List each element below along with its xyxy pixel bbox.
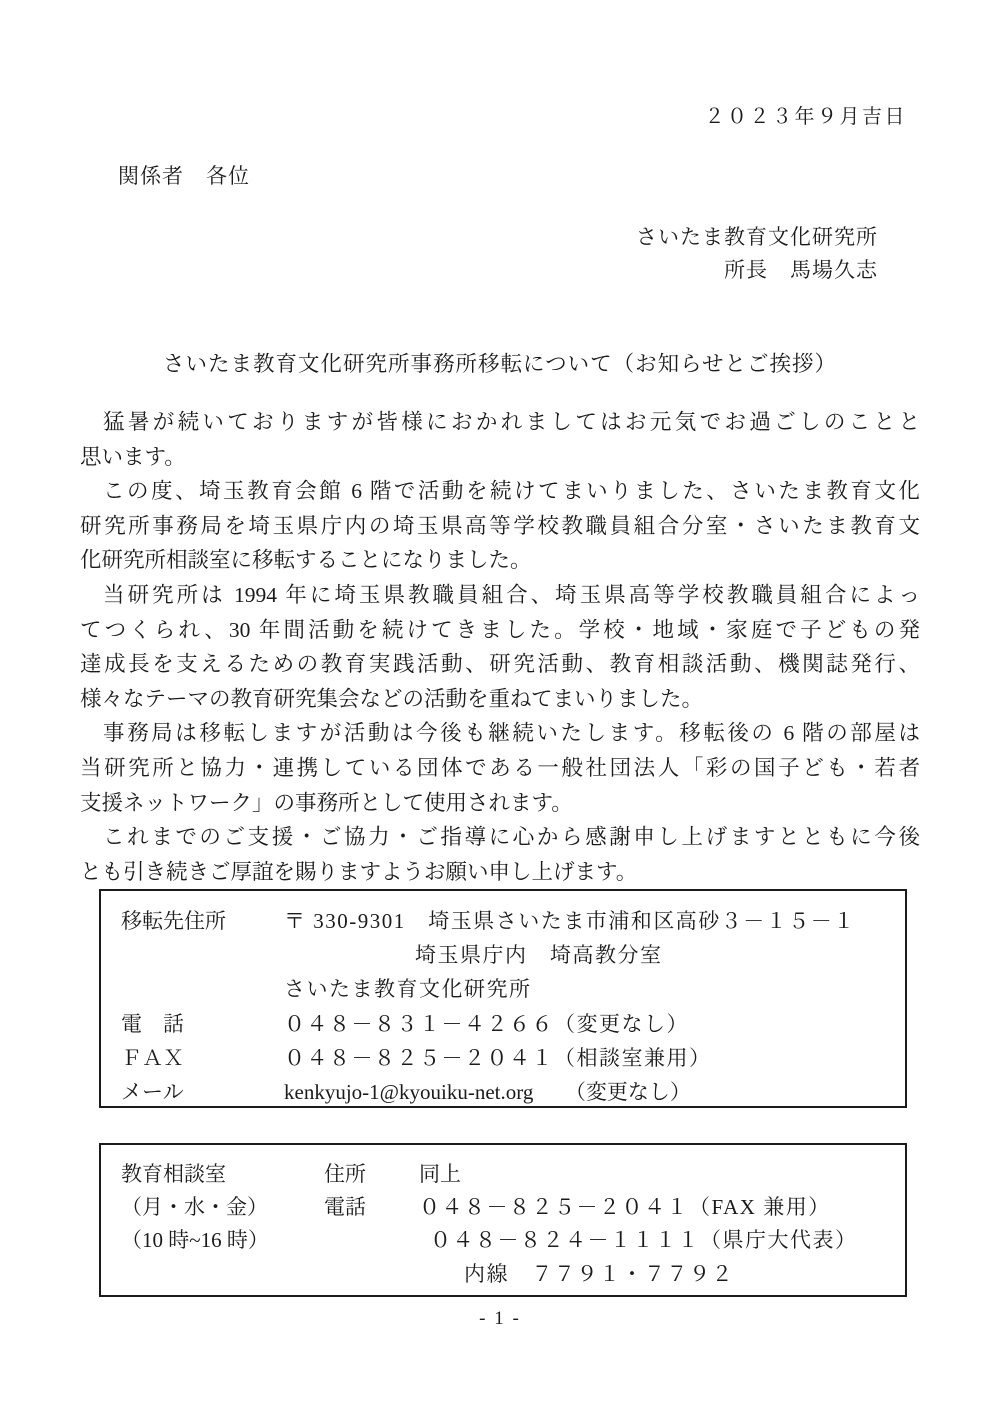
- body-line: とも引き続きご厚誼を賜りますようお願い申し上げます。: [80, 855, 920, 890]
- info-value: 埼玉県庁内 埼高教分室: [284, 938, 663, 972]
- body-line: 達成長を支えるための教育実践活動、研究活動、教育相談活動、機関誌発行、: [80, 647, 920, 682]
- info-row: ＦＡＸ ０４８－８２５－２０４１（相談室兼用）: [121, 1041, 887, 1075]
- body-line: てつくられ、30 年間活動を続けてきました。学校・地域・家庭で子どもの発: [80, 613, 920, 648]
- body-line: 当研究所は 1994 年に埼玉県教職員組合、埼玉県高等学校教職員組合によっ: [80, 578, 920, 613]
- document-page: ２０２３年９月吉日 関係者 各位 さいたま教育文化研究所 所長 馬場久志 さいた…: [0, 0, 1000, 1414]
- consultation-info-box: 教育相談室 住所 同上 （月・水・金） 電話 ０４８－８２５－２０４１（FAX …: [99, 1143, 907, 1297]
- body-line: 当研究所と協力・連携している団体である一般社団法人「彩の国子ども・若者: [80, 751, 920, 786]
- document-title: さいたま教育文化研究所事務所移転について（お知らせとご挨拶）: [0, 347, 1000, 378]
- info-label: [121, 938, 284, 972]
- info-label: [121, 972, 284, 1006]
- info-label: 電 話: [121, 1007, 284, 1041]
- body-line: 事務局は移転しますが活動は今後も継続いたします。移転後の 6 階の部屋は: [80, 716, 920, 751]
- info-label: 移転先住所: [121, 904, 284, 938]
- body-line: 化研究所相談室に移転することになりました。: [80, 543, 920, 578]
- consult-value: ０４８－８２４－１１１１（県庁大代表）: [419, 1224, 858, 1257]
- consult-field-label: 住所: [324, 1158, 419, 1191]
- info-row: 電 話 ０４８－８３１－４２６６（変更なし）: [121, 1007, 887, 1041]
- info-row: 移転先住所 〒 330-9301 埼玉県さいたま市浦和区高砂３－１５－１: [121, 904, 887, 938]
- recipient-line: 関係者 各位: [118, 160, 250, 190]
- consult-value: ０４８－８２５－２０４１（FAX 兼用）: [419, 1191, 831, 1224]
- info-value: さいたま教育文化研究所: [284, 972, 532, 1006]
- consult-value: 内線 ７７９１・７７９２: [419, 1258, 734, 1291]
- info-value: kenkyujo-1@kyouiku-net.org （変更なし）: [284, 1075, 691, 1109]
- info-row: 埼玉県庁内 埼高教分室: [121, 938, 887, 972]
- relocation-info-box: 移転先住所 〒 330-9301 埼玉県さいたま市浦和区高砂３－１５－１ 埼玉県…: [99, 889, 907, 1108]
- body-line: 様々なテーマの教育研究集会などの活動を重ねてまいりました。: [80, 682, 920, 717]
- consult-field-label: [324, 1224, 419, 1257]
- page-number: - 1 -: [0, 1308, 1000, 1330]
- body-line: この度、埼玉教育会館 6 階で活動を続けてまいりました、さいたま教育文化: [80, 474, 920, 509]
- info-value: 〒 330-9301 埼玉県さいたま市浦和区高砂３－１５－１: [284, 904, 856, 938]
- info-value: ０４８－８３１－４２６６（変更なし）: [284, 1007, 689, 1041]
- info-label: メール: [121, 1075, 284, 1109]
- info-row: さいたま教育文化研究所: [121, 972, 887, 1006]
- body-line: 猛暑が続いておりますが皆様におかれましてはお元気でお過ごしのことと: [80, 405, 920, 440]
- consult-value: 同上: [419, 1158, 461, 1191]
- info-row: メール kenkyujo-1@kyouiku-net.org （変更なし）: [121, 1075, 887, 1109]
- body-paragraphs: 猛暑が続いておりますが皆様におかれましてはお元気でお過ごしのことと 思います。 …: [80, 405, 920, 889]
- consult-days-label: （月・水・金）: [121, 1191, 324, 1224]
- consult-row: （10 時~16 時） ０４８－８２４－１１１１（県庁大代表）: [121, 1224, 887, 1257]
- info-label: ＦＡＸ: [121, 1041, 284, 1075]
- body-line: これまでのご支援・ご協力・ご指導に心から感謝申し上げますとともに今後: [80, 820, 920, 855]
- consult-room-label: 教育相談室: [121, 1158, 324, 1191]
- sender-block: さいたま教育文化研究所 所長 馬場久志: [636, 221, 878, 287]
- body-line: 思います。: [80, 440, 920, 475]
- sender-director: 所長 馬場久志: [636, 254, 878, 287]
- consult-row: （月・水・金） 電話 ０４８－８２５－２０４１（FAX 兼用）: [121, 1191, 887, 1224]
- consult-row: 教育相談室 住所 同上: [121, 1158, 887, 1191]
- consult-empty-cell: [324, 1258, 419, 1291]
- body-line: 研究所事務局を埼玉県庁内の埼玉県高等学校教職員組合分室・さいたま教育文: [80, 509, 920, 544]
- info-value: ０４８－８２５－２０４１（相談室兼用）: [284, 1041, 712, 1075]
- sender-organization: さいたま教育文化研究所: [636, 221, 878, 254]
- date-line: ２０２３年９月吉日: [705, 100, 908, 129]
- consult-empty-cell: [121, 1258, 324, 1291]
- body-line: 支援ネットワーク」の事務所として使用されます。: [80, 786, 920, 821]
- consult-hours-label: （10 時~16 時）: [121, 1224, 324, 1257]
- consult-field-label: 電話: [324, 1191, 419, 1224]
- consult-row: 内線 ７７９１・７７９２: [121, 1258, 887, 1291]
